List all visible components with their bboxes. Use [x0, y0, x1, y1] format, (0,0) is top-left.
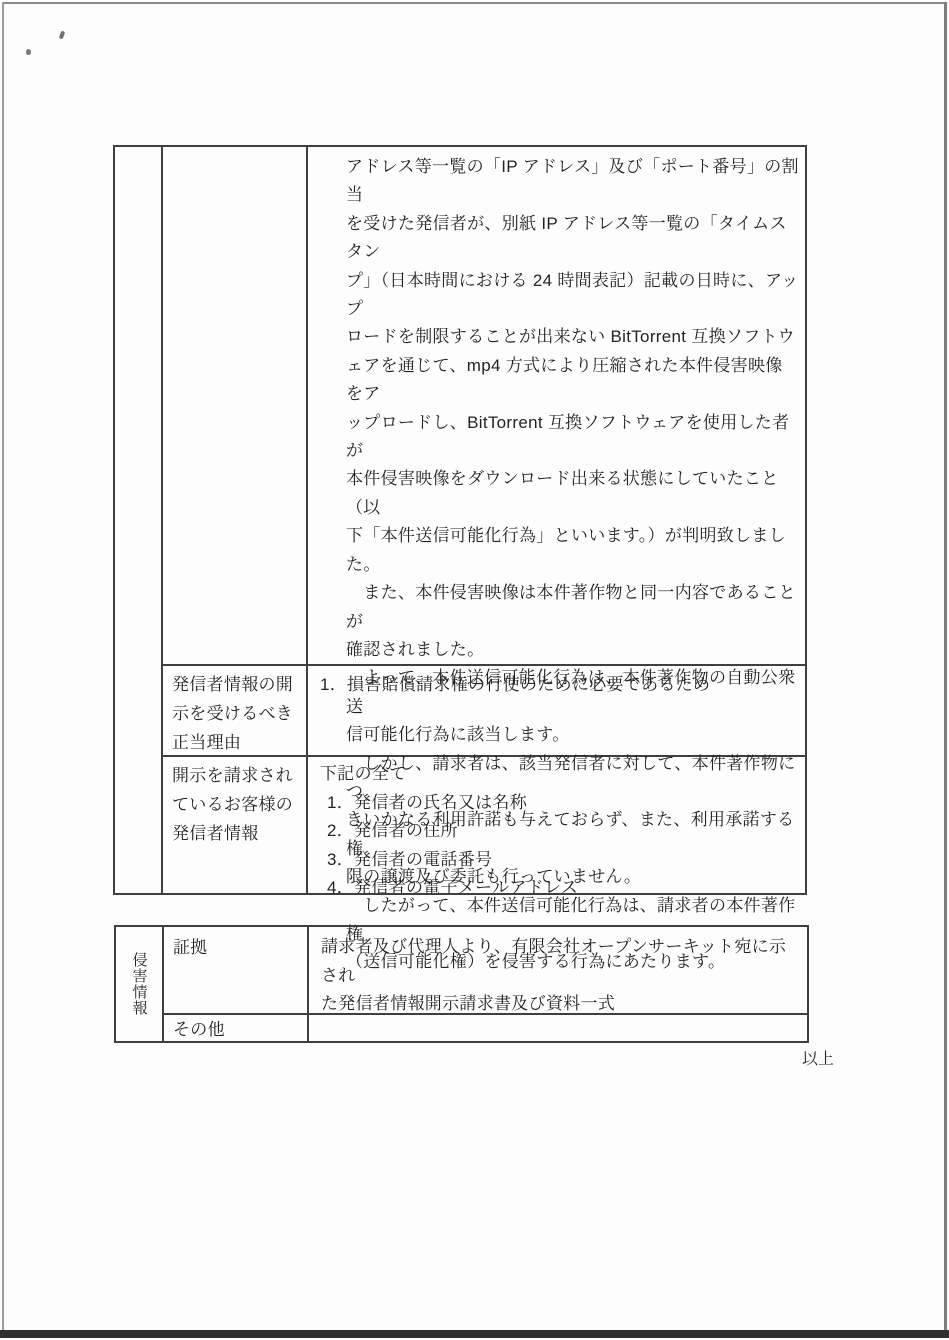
- scan-frame-left: [2, 2, 4, 1334]
- row-requested-info-content-cell: 下記の全て1．発信者の氏名又は名称2．発信者の住所3．発信者の電話番号4．発信者…: [308, 757, 805, 893]
- text-line: アドレス等一覧の「IP アドレス」及び「ポート番号」の割当: [346, 153, 799, 210]
- text-line: 発信者情報の開: [172, 670, 300, 699]
- text-line: 1．損害賠償請求権の行使のために必要であるため: [320, 670, 797, 699]
- scanned-document-page: アドレス等一覧の「IP アドレス」及び「ポート番号」の割当を受けた発信者が、別紙…: [0, 0, 949, 1340]
- text-line: ェアを通じて、mp4 方式により圧縮された本件侵害映像をア: [346, 352, 799, 409]
- row-justification-label-cell: 発信者情報の開示を受けるべき正当理由: [163, 666, 306, 755]
- text-line: プ」（日本時間における 24 時間表記）記載の日時に、アップ: [346, 267, 799, 324]
- infringement-info-table: 侵害情報 証拠 請求者及び代理人より、有限会社オープンサーキット宛に示された発信…: [114, 925, 809, 1043]
- text-line: ップロードし、BitTorrent 互換ソフトウェアを使用した者が: [346, 409, 799, 466]
- text-line: 下記の全て: [320, 760, 797, 789]
- text-line: ロードを制限することが出来ない BitTorrent 互換ソフトウ: [346, 323, 799, 351]
- text-line: を受けた発信者が、別紙 IP アドレス等一覧の「タイムスタン: [346, 210, 799, 267]
- row-evidence-content-cell: 請求者及び代理人より、有限会社オープンサーキット宛に示された発信者情報開示請求書…: [309, 927, 807, 1013]
- scan-speck: [26, 49, 31, 55]
- text-line: ているお客様の: [172, 790, 300, 819]
- text-line: また、本件侵害映像は本件著作物と同一内容であることが: [346, 579, 799, 636]
- text-line: 4．発信者の電子メールアドレス: [320, 874, 797, 893]
- text-line: 下「本件送信可能化行為」といいます。）が判明致しました。: [346, 522, 799, 579]
- text-line: 正当理由: [172, 728, 300, 757]
- text-line: 1．発信者の氏名又は名称: [320, 789, 797, 818]
- text-line: 開示を請求され: [172, 761, 300, 790]
- vertical-category-header: 侵害情報: [116, 927, 162, 1041]
- disclosure-request-table: アドレス等一覧の「IP アドレス」及び「ポート番号」の割当を受けた発信者が、別紙…: [113, 145, 807, 895]
- text-line: 本件侵害映像をダウンロード出来る状態にしていたこと（以: [346, 465, 799, 522]
- scan-frame-bottom: [0, 1330, 949, 1338]
- row-requested-info-label-cell: 開示を請求されているお客様の発信者情報: [163, 757, 306, 893]
- row-other-content-cell: [309, 1015, 807, 1041]
- text-line: 確認されました。: [346, 636, 799, 664]
- closing-text: 以上: [794, 1046, 842, 1069]
- row-infringement-label-cell: [163, 147, 306, 664]
- text-line: 示を受けるべき: [172, 699, 300, 728]
- row-justification-content-cell: 1．損害賠償請求権の行使のために必要であるため: [308, 666, 805, 755]
- row-evidence-label-cell: 証拠: [164, 927, 307, 1013]
- scan-speck: [59, 31, 65, 40]
- text-line: 3．発信者の電話番号: [320, 846, 797, 875]
- scan-frame-right: [944, 2, 947, 1334]
- row-other-label-cell: その他: [164, 1015, 307, 1041]
- row-infringement-content-cell: アドレス等一覧の「IP アドレス」及び「ポート番号」の割当を受けた発信者が、別紙…: [308, 147, 805, 664]
- text-line: 請求者及び代理人より、有限会社オープンサーキット宛に示され: [321, 933, 797, 990]
- text-line: 発信者情報: [172, 819, 300, 848]
- text-line: 2．発信者の住所: [320, 817, 797, 846]
- scan-frame-top: [2, 2, 946, 4]
